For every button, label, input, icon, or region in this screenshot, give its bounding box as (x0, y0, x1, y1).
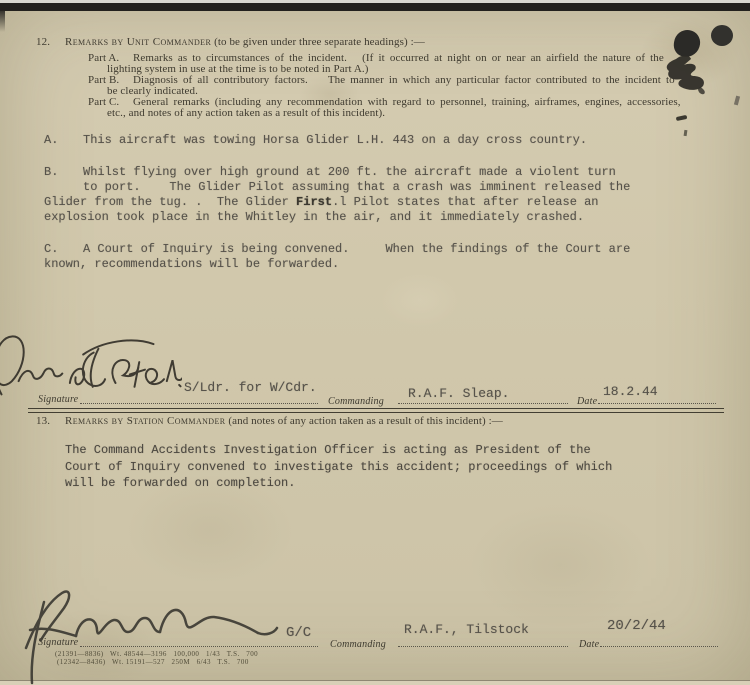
typed-remark-13-line2: Court of Inquiry convened to investigate… (65, 461, 612, 474)
sig2-date-value: 20/2/44 (607, 620, 666, 633)
typed-remark-c-line1: C.A Court of Inquiry is being convened. … (44, 243, 630, 256)
sig2-station: R.A.F., Tilstock (404, 623, 529, 636)
separator-rule-top (28, 408, 724, 409)
typed-remark-c-line2: known, recommendations will be forwarded… (44, 258, 339, 271)
sig2-commanding-label: Commanding (330, 639, 386, 650)
section-12-number: 12. (36, 37, 65, 49)
section-12-heading: 12.Remarks by Unit Commander (to be give… (36, 37, 425, 49)
sig1-signature-label: Signature (38, 394, 78, 405)
sig1-commanding-label: Commanding (328, 396, 384, 407)
ink-speck-edge (734, 96, 740, 106)
scanned-raf-accident-report: 12.Remarks by Unit Commander (to be give… (0, 0, 750, 685)
ink-speck-small (684, 130, 688, 136)
sig2-signature-line (80, 646, 318, 647)
sig1-date-value: 18.2.44 (603, 385, 658, 398)
sig1-rank: S/Ldr. for W/Cdr. (184, 381, 317, 394)
section-13-number: 13. (36, 416, 65, 428)
typed-remark-a-label: A. (44, 134, 83, 147)
ink-blot (660, 53, 712, 95)
sig1-station: R.A.F. Sleap. (408, 387, 509, 400)
sig2-station-line (398, 646, 568, 647)
section-13-heading: 13.Remarks by Station Commander (and not… (36, 416, 503, 428)
typed-remark-b-label: B. (44, 166, 83, 179)
section-12-title-suffix: (to be given under three separate headin… (211, 36, 425, 48)
section-13-title-suffix: (and notes of any action taken as a resu… (226, 415, 503, 427)
part-c-line2: etc., and notes of any action taken as a… (107, 108, 385, 120)
ink-dot-small (711, 25, 733, 46)
print-ref-line2: (12342—8436) Wt. 15191—527 250M 6/43 T.S… (57, 658, 249, 666)
typed-remark-c-label: C. (44, 243, 83, 256)
ink-speck-dash (676, 115, 687, 121)
sig1-station-line (398, 403, 568, 404)
typed-remark-a: A.This aircraft was towing Horsa Glider … (44, 134, 587, 147)
typed-remark-b-line2: to port. The Glider Pilot assuming that … (83, 181, 630, 194)
typed-remark-13-line3: will be forwarded on completion. (65, 477, 295, 490)
sig1-date-line (598, 403, 716, 404)
sig2-date-line (600, 646, 718, 647)
sig2-rank: G/C (286, 627, 311, 640)
separator-rule-bottom (28, 412, 724, 414)
typed-remark-13-line1: The Command Accidents Investigation Offi… (65, 444, 591, 457)
typed-remark-b-line4: explosion took place in the Whitley in t… (44, 211, 584, 224)
typed-remark-b-line1: B.Whilst flying over high ground at 200 … (44, 166, 616, 179)
typed-remark-b-line3: Glider from the tug. . The Glider First.… (44, 196, 599, 209)
sig2-date-label: Date (579, 639, 599, 650)
handwritten-signature-station-commander (18, 586, 293, 685)
sig2-signature-label: Signature (38, 637, 78, 648)
scan-top-bar (0, 3, 750, 11)
sig1-date-label: Date (577, 396, 597, 407)
overtyped-word: First (296, 195, 332, 209)
section-12-title: Remarks by Unit Commander (65, 36, 211, 48)
print-ref-line1: (21391—8836) Wt. 48544—3196 100,000 1/43… (55, 650, 258, 658)
scan-left-edge-mark (0, 11, 5, 32)
handwritten-signature-unit-commander (0, 320, 182, 408)
sig1-signature-line (80, 403, 318, 404)
section-13-title: Remarks by Station Commander (65, 415, 226, 427)
